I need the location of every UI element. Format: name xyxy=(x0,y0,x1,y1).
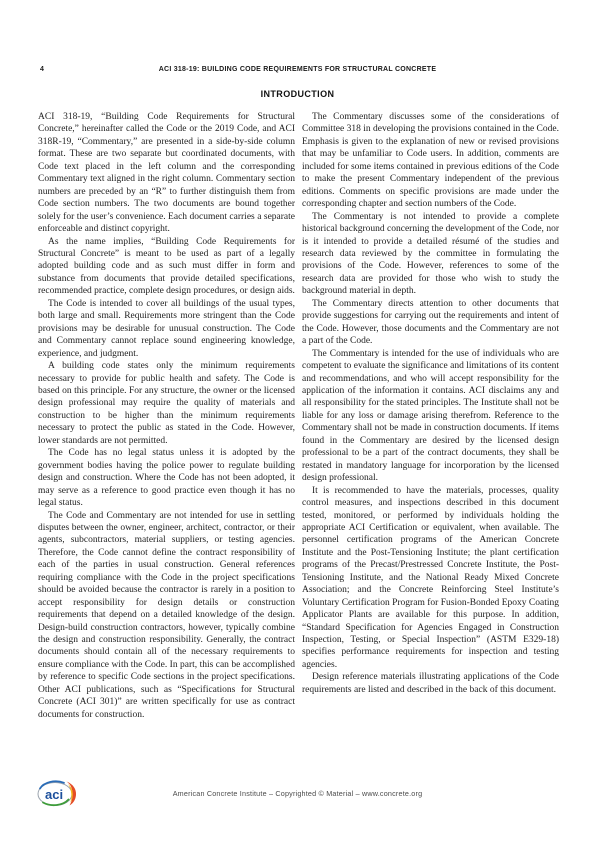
paragraph: ACI 318-19, “Building Code Requirements … xyxy=(38,111,295,236)
page-footer: aci American Concrete Institute – Copyri… xyxy=(0,776,595,820)
document-page: 4 ACI 318-19: BUILDING CODE REQUIREMENTS… xyxy=(0,0,595,842)
paragraph: It is recommended to have the materials,… xyxy=(302,485,559,672)
paragraph: Design reference materials illustrating … xyxy=(302,671,559,696)
paragraph: The Commentary is intended for the use o… xyxy=(302,348,559,485)
paragraph: A building code states only the minimum … xyxy=(38,360,295,447)
page-number: 4 xyxy=(40,66,44,73)
paragraph: The Code and Commentary are not intended… xyxy=(38,510,295,722)
paragraph: As the name implies, “Building Code Requ… xyxy=(38,236,295,298)
paragraph: The Commentary directs attention to othe… xyxy=(302,298,559,348)
right-column: The Commentary discusses some of the con… xyxy=(302,111,559,721)
footer-text: American Concrete Institute – Copyrighte… xyxy=(0,789,595,798)
running-title: ACI 318-19: BUILDING CODE REQUIREMENTS F… xyxy=(0,66,595,73)
paragraph: The Commentary discusses some of the con… xyxy=(302,111,559,211)
paragraph: The Code has no legal status unless it i… xyxy=(38,447,295,509)
two-column-body: ACI 318-19, “Building Code Requirements … xyxy=(38,111,559,721)
left-column: ACI 318-19, “Building Code Requirements … xyxy=(38,111,295,721)
paragraph: The Commentary is not intended to provid… xyxy=(302,211,559,298)
paragraph: The Code is intended to cover all buildi… xyxy=(38,298,295,360)
page-header: 4 ACI 318-19: BUILDING CODE REQUIREMENTS… xyxy=(0,66,595,76)
section-title: INTRODUCTION xyxy=(0,89,595,99)
